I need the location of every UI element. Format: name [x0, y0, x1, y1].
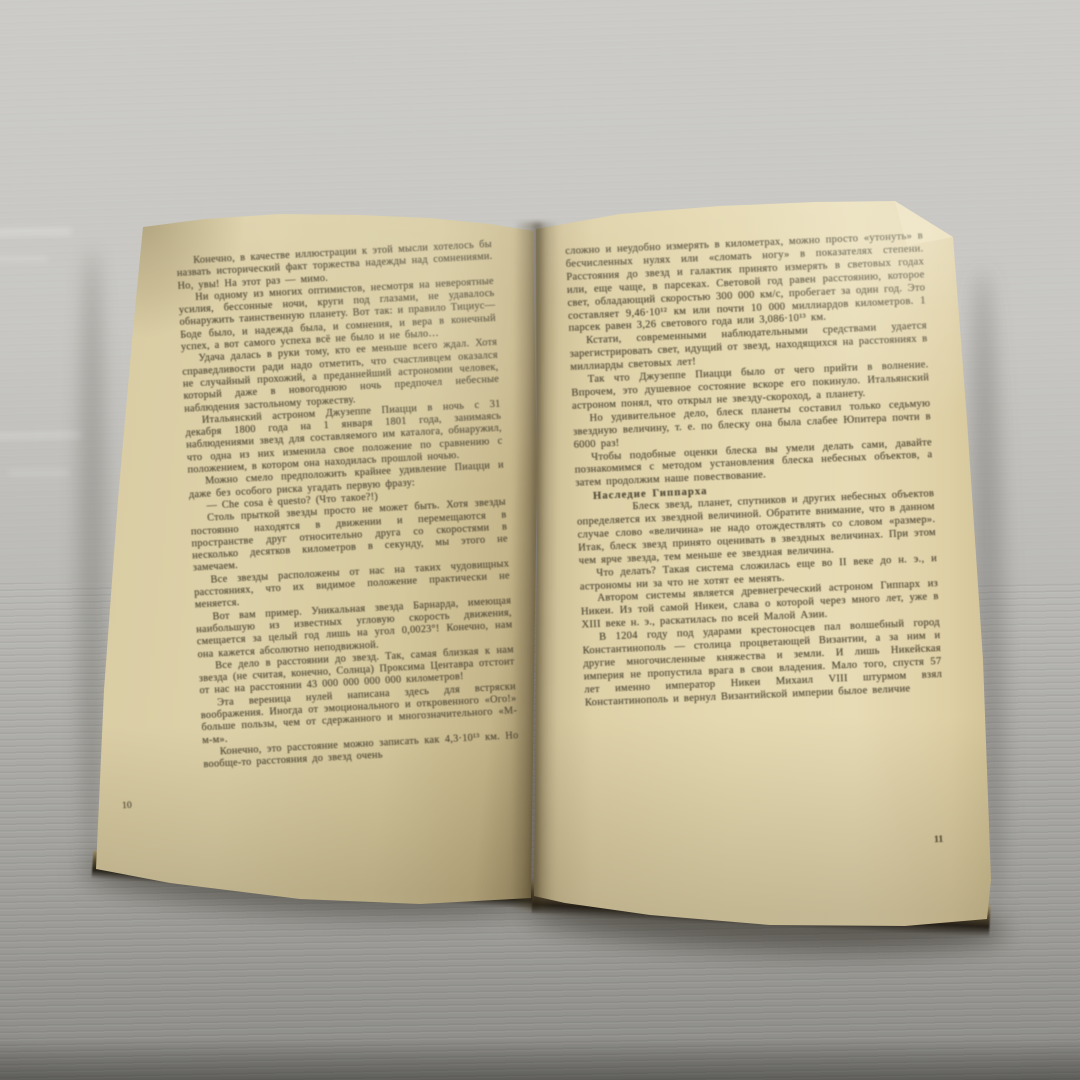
floor-edge-shading	[0, 1038, 1080, 1080]
paragraph: В 1204 году под ударами крестоносцев пал…	[582, 617, 943, 710]
surface-scratch	[8, 470, 70, 476]
left-page: Конечно, в качестве иллюстрации к этой м…	[78, 196, 540, 912]
right-page: сложно и неудобно измерять в километрах,…	[516, 190, 998, 942]
page-number-right: 11	[934, 834, 944, 845]
page-number-left: 10	[122, 800, 132, 811]
surface-scratch	[0, 256, 48, 262]
paragraph: сложно и неудобно измерять в километрах,…	[565, 230, 927, 336]
surface-scratch	[0, 227, 72, 236]
surface-scratch	[0, 431, 82, 440]
left-page-text: Конечно, в качестве иллюстрации к этой м…	[176, 239, 519, 772]
right-page-text: сложно и неудобно измерять в километрах,…	[565, 230, 943, 710]
photo-scene: Конечно, в качестве иллюстрации к этой м…	[0, 0, 1080, 1080]
